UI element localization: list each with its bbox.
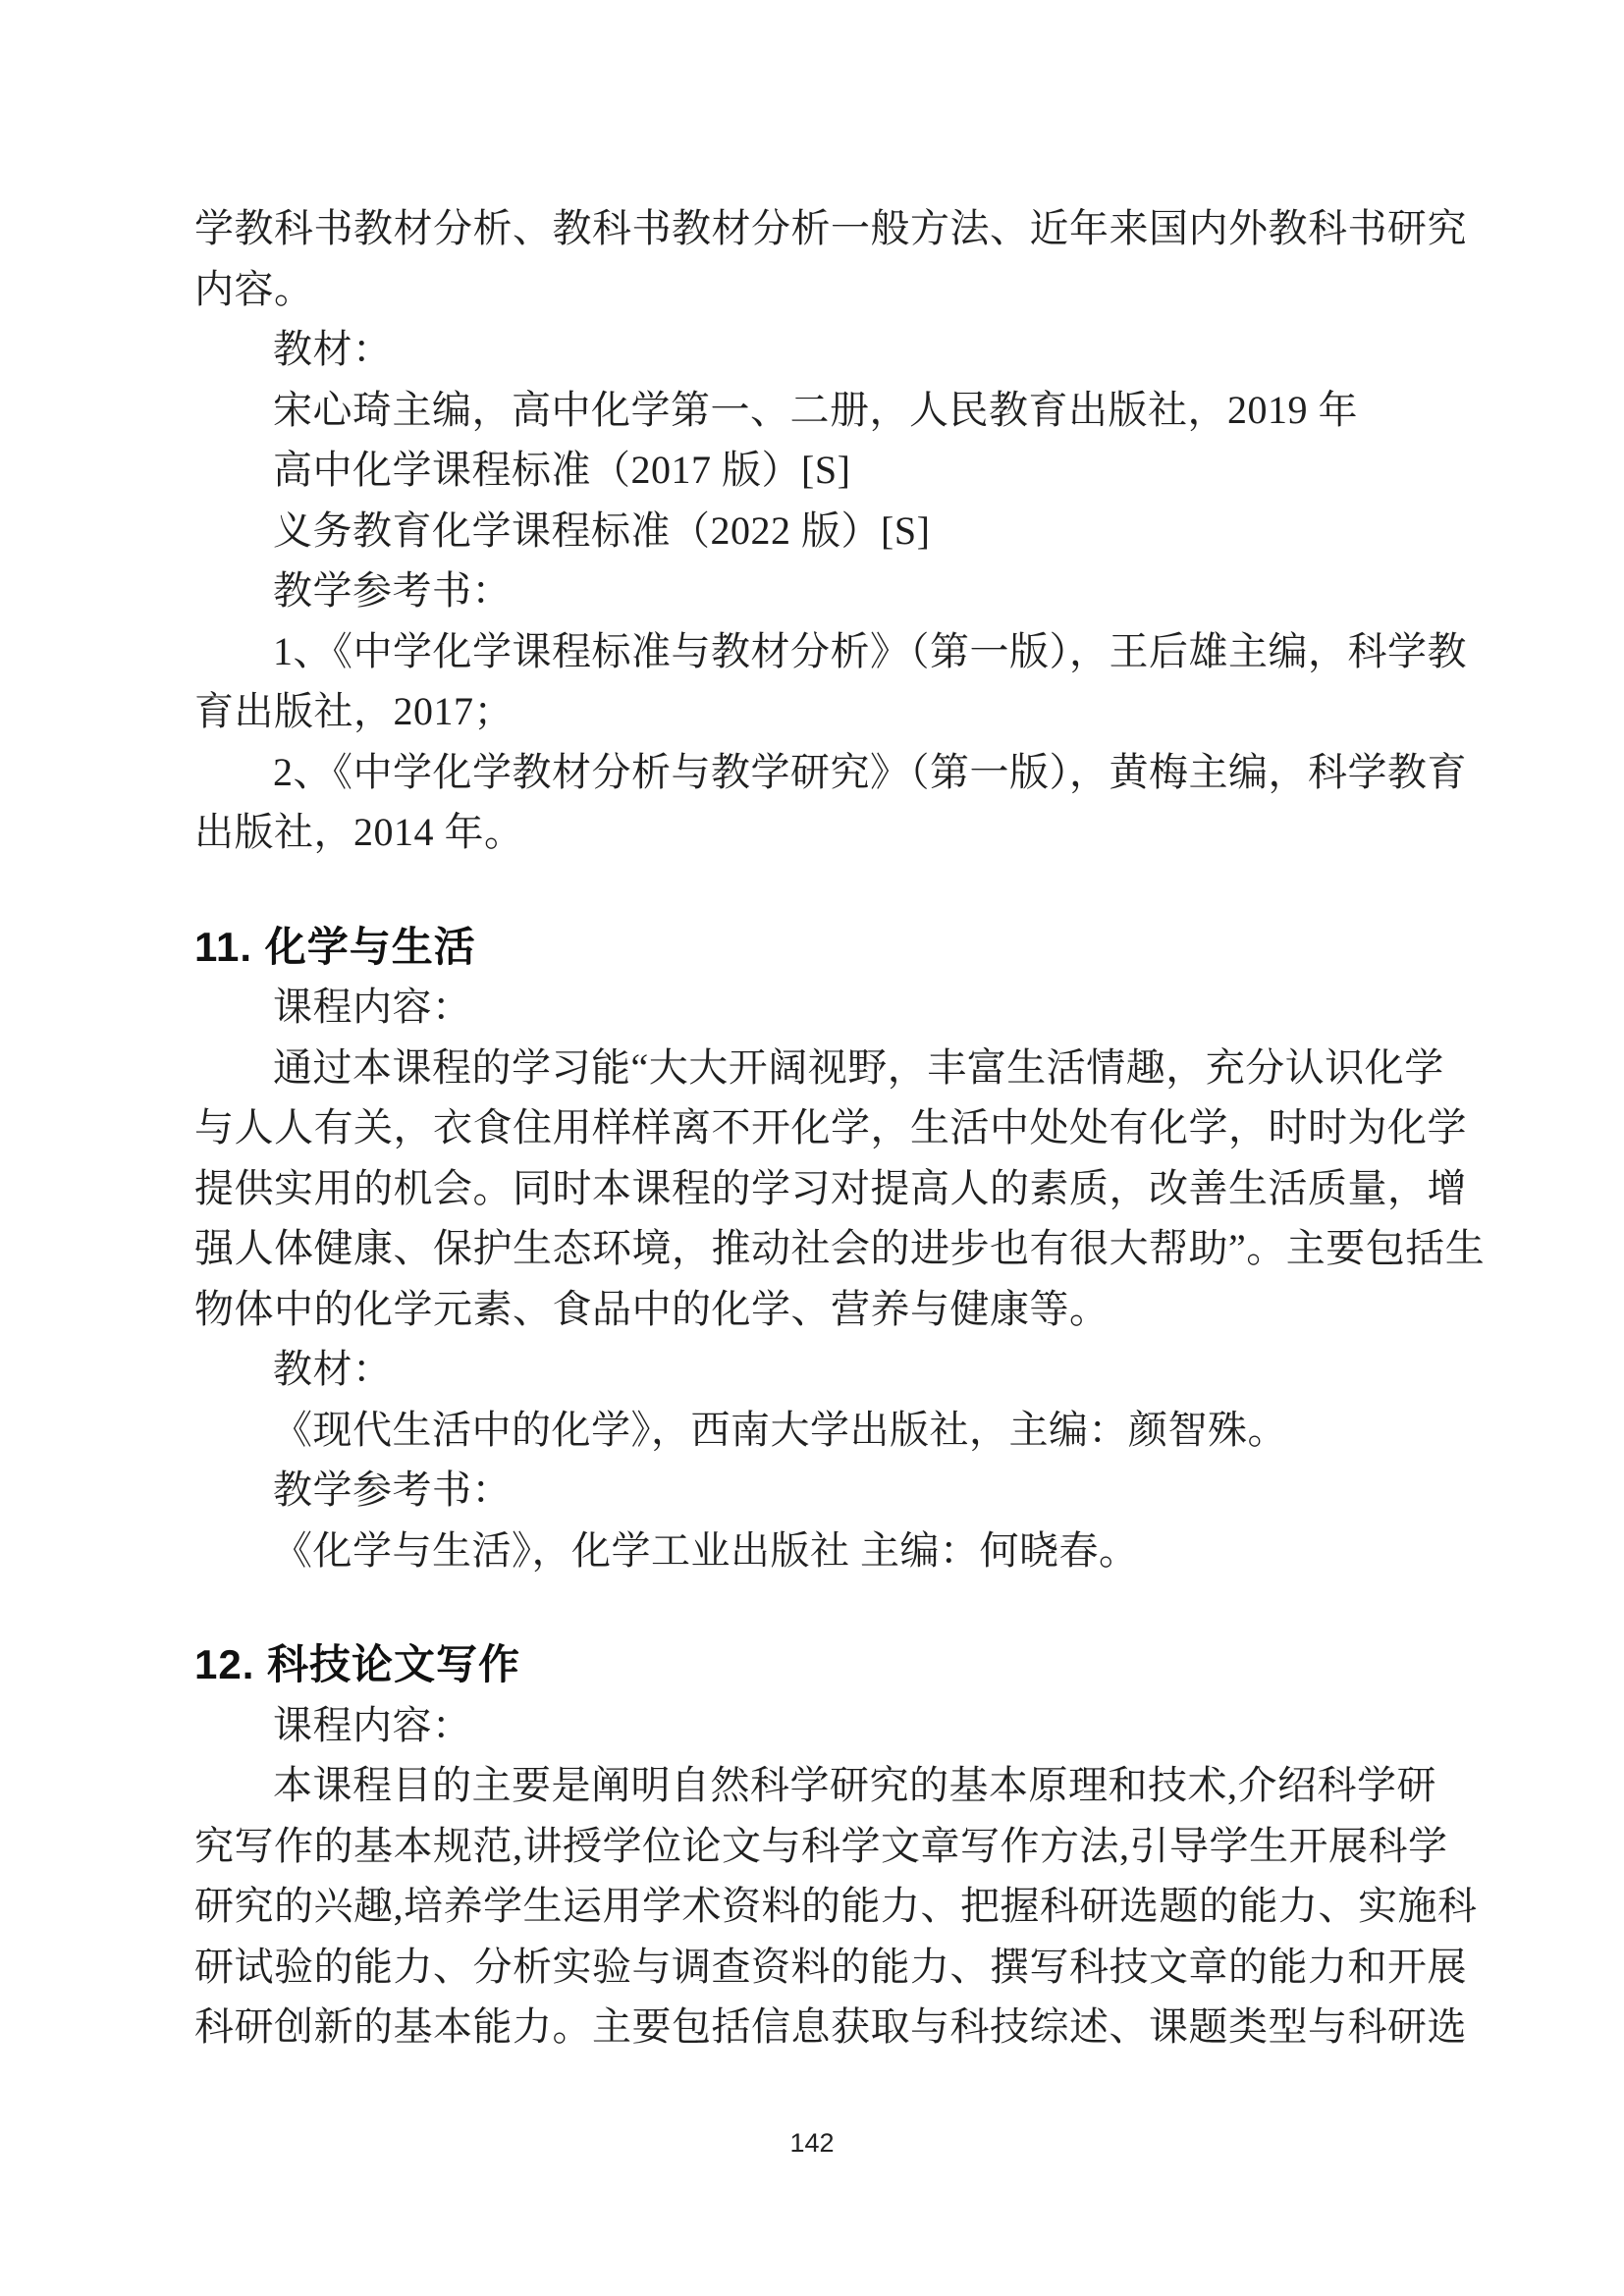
text-line: 课程内容： — [194, 1695, 1441, 1756]
text-line: 出版社，2014 年。 — [194, 802, 1441, 863]
text-line: 提供实用的机会。同时本课程的学习对提高人的素质，改善生活质量，增 — [194, 1158, 1441, 1219]
text-line: 强人体健康、保护生态环境，推动社会的进步也有很大帮助”。主要包括生 — [194, 1218, 1441, 1279]
text-line: 教材： — [194, 319, 1441, 380]
text-line: 物体中的化学元素、食品中的化学、营养与健康等。 — [194, 1279, 1441, 1340]
text-line: 宋心琦主编，高中化学第一、二册，人民教育出版社，2019 年 — [194, 380, 1441, 441]
text-line: 究写作的基本规范,讲授学位论文与科学文章写作方法,引导学生开展科学 — [194, 1816, 1441, 1877]
text-line: 本课程目的主要是阐明自然科学研究的基本原理和技术,介绍科学研 — [194, 1755, 1441, 1816]
text-line: 《化学与生活》，化学工业出版社 主编：何晓春。 — [194, 1521, 1441, 1581]
text-line: 通过本课程的学习能“大大开阔视野，丰富生活情趣，充分认识化学 — [194, 1038, 1441, 1098]
text-line: 与人人有关，衣食住用样样离不开化学，生活中处处有化学，时时为化学 — [194, 1097, 1441, 1158]
text-line: 义务教育化学课程标准（2022 版）[S] — [194, 501, 1441, 561]
text-line: 教学参考书： — [194, 561, 1441, 621]
text-line: 课程内容： — [194, 977, 1441, 1038]
text-line: 2、《中学化学教材分析与教学研究》（第一版），黄梅主编，科学教育 — [194, 742, 1441, 803]
text-line: 教材： — [194, 1339, 1441, 1400]
text-line: 研试验的能力、分析实验与调查资料的能力、撰写科技文章的能力和开展 — [194, 1937, 1441, 1998]
section-heading: 11. 化学与生活 — [194, 917, 1441, 978]
section-heading: 12. 科技论文写作 — [194, 1634, 1441, 1695]
text-line: 学教科书教材分析、教科书教材分析一般方法、近年来国内外教科书研究 — [194, 198, 1441, 259]
text-line: 内容。 — [194, 259, 1441, 320]
text-line: 育出版社，2017； — [194, 681, 1441, 742]
page-number: 142 — [0, 2128, 1624, 2159]
text-line: 1、《中学化学课程标准与教材分析》（第一版），王后雄主编，科学教 — [194, 621, 1441, 682]
text-line: 高中化学课程标准（2017 版）[S] — [194, 440, 1441, 501]
text-line: 《现代生活中的化学》，西南大学出版社，主编：颜智殊。 — [194, 1400, 1441, 1461]
page-content: 学教科书教材分析、教科书教材分析一般方法、近年来国内外教科书研究内容。教材：宋心… — [194, 198, 1441, 2057]
text-line: 教学参考书： — [194, 1460, 1441, 1521]
text-line: 研究的兴趣,培养学生运用学术资料的能力、把握科研选题的能力、实施科 — [194, 1876, 1441, 1937]
document-page: 学教科书教材分析、教科书教材分析一般方法、近年来国内外教科书研究内容。教材：宋心… — [0, 0, 1624, 2296]
text-line: 科研创新的基本能力。主要包括信息获取与科技综述、课题类型与科研选 — [194, 1997, 1441, 2057]
